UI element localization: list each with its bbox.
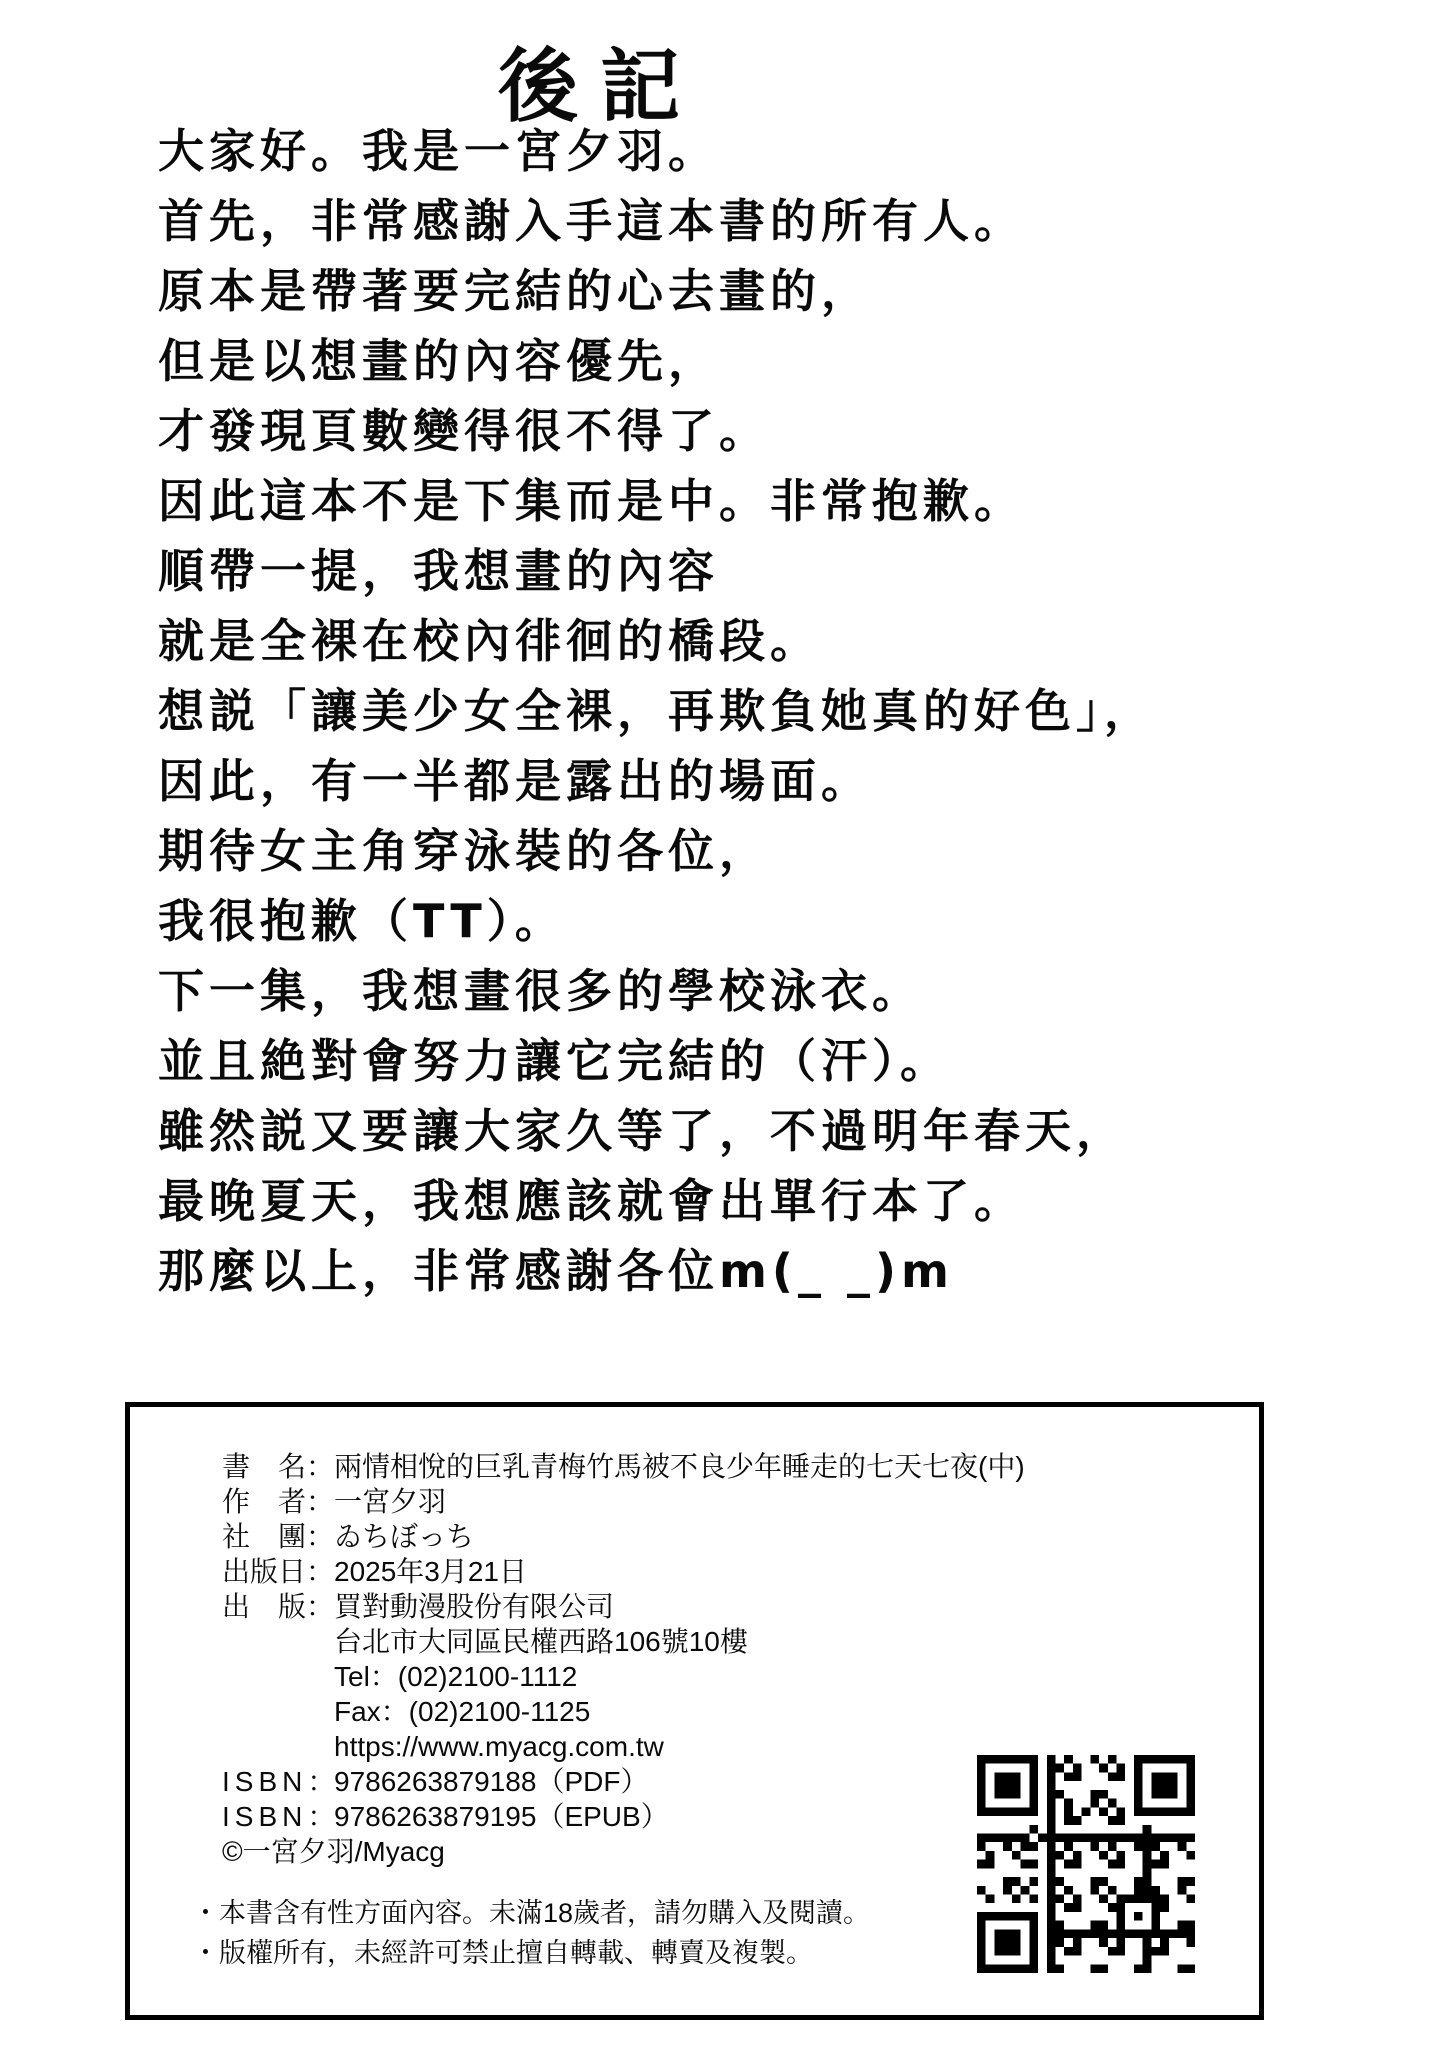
colophon-label: 出版日： (222, 1554, 334, 1589)
afterword-line: 大家好。我是一宮夕羽。 (158, 116, 1451, 186)
colophon-label: ISBN： (222, 1799, 334, 1834)
afterword-page: 後記 大家好。我是一宮夕羽。 首先，非常感謝入手這本書的所有人。 原本是帶著要完… (0, 0, 1451, 2048)
afterword-line: 就是全裸在校內徘徊的橋段。 (158, 606, 1451, 676)
afterword-line: 首先，非常感謝入手這本書的所有人。 (158, 186, 1451, 256)
colophon-value: 買對動漫股份有限公司 (334, 1591, 614, 1622)
colophon-value: 一宮夕羽 (334, 1486, 446, 1517)
colophon-label: 社 團： (222, 1519, 334, 1554)
colophon-label: 書 名： (222, 1449, 334, 1484)
afterword-line: 那麼以上，非常感謝各位m(_ _)m (158, 1236, 1451, 1306)
qr-code (977, 1755, 1195, 1973)
colophon-value: 2025年3月21日 (334, 1556, 527, 1587)
afterword-line: 原本是帶著要完結的心去畫的， (158, 256, 1451, 326)
afterword-line: 才發現頁數變得很不得了。 (158, 396, 1451, 466)
afterword-line: 想説「讓美少女全裸，再欺負她真的好色」， (158, 676, 1451, 746)
colophon-value: Fax：(02)2100-1125 (334, 1696, 590, 1727)
afterword-line: 雖然説又要讓大家久等了，不過明年春天， (158, 1096, 1451, 1166)
colophon-row-pubdate: 出版日：2025年3月21日 (222, 1554, 1249, 1589)
afterword-line: 因此，有一半都是露出的場面。 (158, 746, 1451, 816)
afterword-body: 大家好。我是一宮夕羽。 首先，非常感謝入手這本書的所有人。 原本是帶著要完結的心… (158, 116, 1451, 1306)
colophon-row-book-title: 書 名：兩情相悅的巨乳青梅竹馬被不良少年睡走的七天七夜(中) (222, 1449, 1249, 1484)
afterword-line: 期待女主角穿泳裝的各位， (158, 816, 1451, 886)
afterword-line: 並且絶對會努力讓它完結的（汗）。 (158, 1026, 1451, 1096)
afterword-line: 我很抱歉（TT）。 (158, 886, 1451, 956)
colophon-value: 兩情相悅的巨乳青梅竹馬被不良少年睡走的七天七夜(中) (334, 1451, 1025, 1482)
colophon-label: 出 版： (222, 1589, 334, 1624)
afterword-line: 因此這本不是下集而是中。非常抱歉。 (158, 466, 1451, 536)
colophon-value: Tel：(02)2100-1112 (334, 1661, 577, 1692)
colophon-value: 9786263879188（PDF） (334, 1766, 648, 1797)
colophon-row-publisher: 出 版：買對動漫股份有限公司 (222, 1589, 1249, 1624)
colophon-row-tel: Tel：(02)2100-1112 (222, 1659, 1249, 1694)
afterword-line: 下一集，我想畫很多的學校泳衣。 (158, 956, 1451, 1026)
colophon-value: ゐちぼっち (334, 1521, 474, 1552)
colophon-label: ISBN： (222, 1764, 334, 1799)
colophon-row-address: 台北市大同區民權西路106號10樓 (222, 1624, 1249, 1659)
colophon-box: 書 名：兩情相悅的巨乳青梅竹馬被不良少年睡走的七天七夜(中) 作 者：一宮夕羽 … (125, 1402, 1264, 2020)
afterword-line: 但是以想畫的內容優先， (158, 326, 1451, 396)
publisher-url: https://www.myacg.com.tw (334, 1731, 664, 1762)
copyright-text: ©一宮夕羽/Myacg (222, 1836, 445, 1867)
colophon-value: 台北市大同區民權西路106號10樓 (334, 1626, 748, 1657)
colophon-row-author: 作 者：一宮夕羽 (222, 1484, 1249, 1519)
colophon-row-fax: Fax：(02)2100-1125 (222, 1694, 1249, 1729)
colophon-label: 作 者： (222, 1484, 334, 1519)
afterword-line: 最晚夏天，我想應該就會出單行本了。 (158, 1166, 1451, 1236)
afterword-line: 順帶一提，我想畫的內容 (158, 536, 1451, 606)
colophon-row-circle: 社 團：ゐちぼっち (222, 1519, 1249, 1554)
colophon-value: 9786263879195（EPUB） (334, 1801, 669, 1832)
